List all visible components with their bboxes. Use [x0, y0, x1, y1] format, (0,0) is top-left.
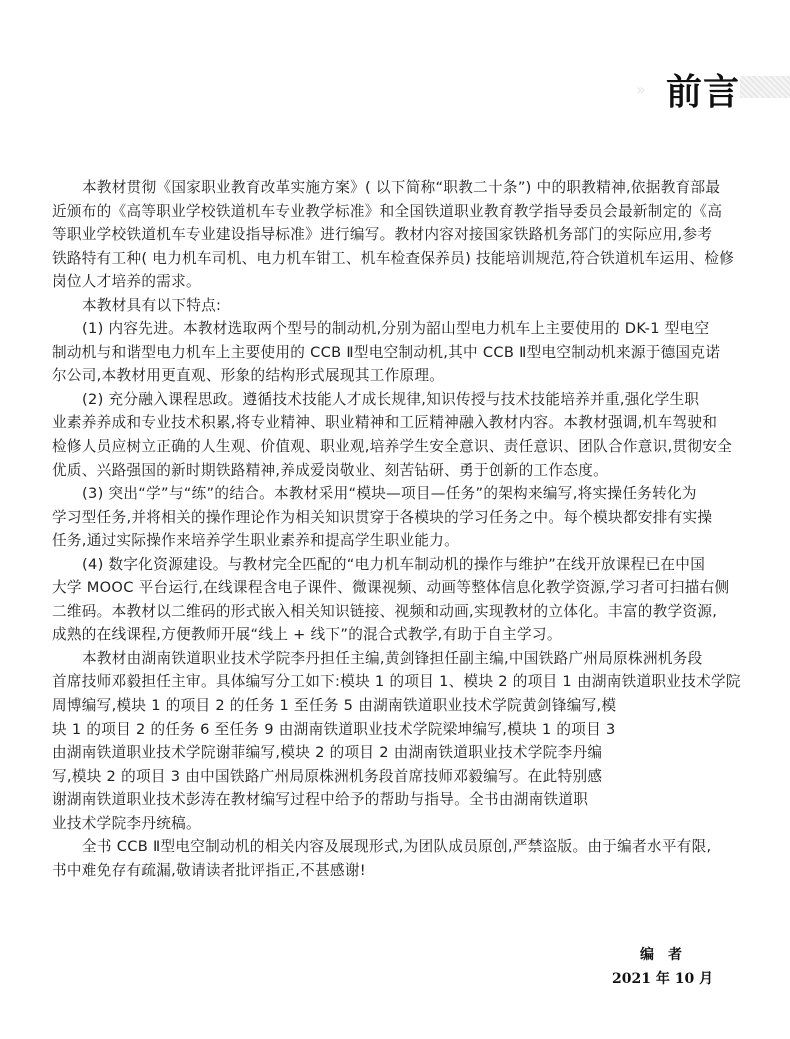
paragraph-line: 检修人员应树立正确的人生观、价值观、职业观,培养学生安全意识、责任意识、团队合作…	[52, 435, 742, 459]
signature-date: 2021 年 10 月	[612, 968, 713, 988]
chevron-decoration-icon: »	[636, 80, 643, 99]
paragraph-line: 业技术学院李丹统稿。	[52, 812, 742, 836]
paragraph-line: 周博编写,模块 1 的项目 2 的任务 1 至任务 5 由湖南铁道职业技术学院黄…	[52, 694, 742, 718]
paragraph-line: 业素养养成和专业技术积累,将专业精神、职业精神和工匠精神融入教材内容。本教材强调…	[52, 411, 742, 435]
paragraph-line: 近颁布的《高等职业学校铁道机车专业教学标准》和全国铁道职业教育教学指导委员会最新…	[52, 200, 742, 224]
paragraph-line: 谢湖南铁道职业技术彭涛在教材编写过程中给予的帮助与指导。全书由湖南铁道职	[52, 788, 742, 812]
paragraph-line: (1) 内容先进。本教材选取两个型号的制动机,分别为韶山型电力机车上主要使用的 …	[52, 317, 742, 341]
preface-body: 本教材贯彻《国家职业教育改革实施方案》( 以下简称“职教二十条”) 中的职教精神…	[52, 176, 742, 882]
paragraph-line: 书中难免存有疏漏,敬请读者批评指正,不甚感谢!	[52, 859, 742, 883]
paragraph-line: 大学 MOOC 平台运行,在线课程含电子课件、微课视频、动画等整体信息化教学资源…	[52, 576, 742, 600]
page-header: » 前言	[630, 62, 790, 112]
decorative-pattern	[740, 76, 790, 98]
paragraph-line: 铁路特有工种( 电力机车司机、电力机车钳工、机车检查保养员) 技能培训规范,符合…	[52, 247, 742, 271]
paragraph-line: 二维码。本教材以二维码的形式嵌入相关知识链接、视频和动画,实现教材的立体化。丰富…	[52, 600, 742, 624]
paragraph-line: 块 1 的项目 2 的任务 6 至任务 9 由湖南铁道职业技术学院梁坤编写,模块…	[52, 718, 742, 742]
paragraph-line: 本教材具有以下特点:	[52, 294, 742, 318]
paragraph-line: 成熟的在线课程,方便教师开展“线上 + 线下”的混合式教学,有助于自主学习。	[52, 623, 742, 647]
paragraph-line: 任务,通过实际操作来培养学生职业素养和提高学生职业能力。	[52, 529, 742, 553]
paragraph-line: 等职业学校铁道机车专业建设指导标准》进行编写。教材内容对接国家铁路机务部门的实际…	[52, 223, 742, 247]
paragraph-line: (3) 突出“学”与“练”的结合。本教材采用“模块—项目—任务”的架构来编写,将…	[52, 482, 742, 506]
paragraph-line: 本教材贯彻《国家职业教育改革实施方案》( 以下简称“职教二十条”) 中的职教精神…	[52, 176, 742, 200]
paragraph-line: (4) 数字化资源建设。与教材完全匹配的“电力机车制动机的操作与维护”在线开放课…	[52, 553, 742, 577]
paragraph-line: 由湖南铁道职业技术学院谢菲编写,模块 2 的项目 2 由湖南铁道职业技术学院李丹…	[52, 741, 742, 765]
page-title: 前言	[666, 64, 740, 115]
paragraph-line: 尔公司,本教材用更直观、形象的结构形式展现其工作原理。	[52, 364, 742, 388]
paragraph-line: 优质、兴路强国的新时期铁路精神,养成爱岗敬业、刻苦钻研、勇于创新的工作态度。	[52, 459, 742, 483]
paragraph-line: 本教材由湖南铁道职业技术学院李丹担任主编,黄剑锋担任副主编,中国铁路广州局原株洲…	[52, 647, 742, 671]
signature-editor: 编者	[640, 944, 696, 964]
paragraph-line: 首席技师邓毅担任主审。具体编写分工如下:模块 1 的项目 1、模块 2 的项目 …	[52, 670, 742, 694]
paragraph-line: 写,模块 2 的项目 3 由中国铁路广州局原株洲机务段首席技师邓毅编写。在此特别…	[52, 765, 742, 789]
paragraph-line: 制动机与和谐型电力机车上主要使用的 CCB Ⅱ型电空制动机,其中 CCB Ⅱ型电…	[52, 341, 742, 365]
paragraph-line: (2) 充分融入课程思政。遵循技术技能人才成长规律,知识传授与技术技能培养并重,…	[52, 388, 742, 412]
paragraph-line: 学习型任务,并将相关的操作理论作为相关知识贯穿于各模块的学习任务之中。每个模块都…	[52, 506, 742, 530]
paragraph-line: 全书 CCB Ⅱ型电空制动机的相关内容及展现形式,为团队成员原创,严禁盗版。由于…	[52, 835, 742, 859]
paragraph-line: 岗位人才培养的需求。	[52, 270, 742, 294]
